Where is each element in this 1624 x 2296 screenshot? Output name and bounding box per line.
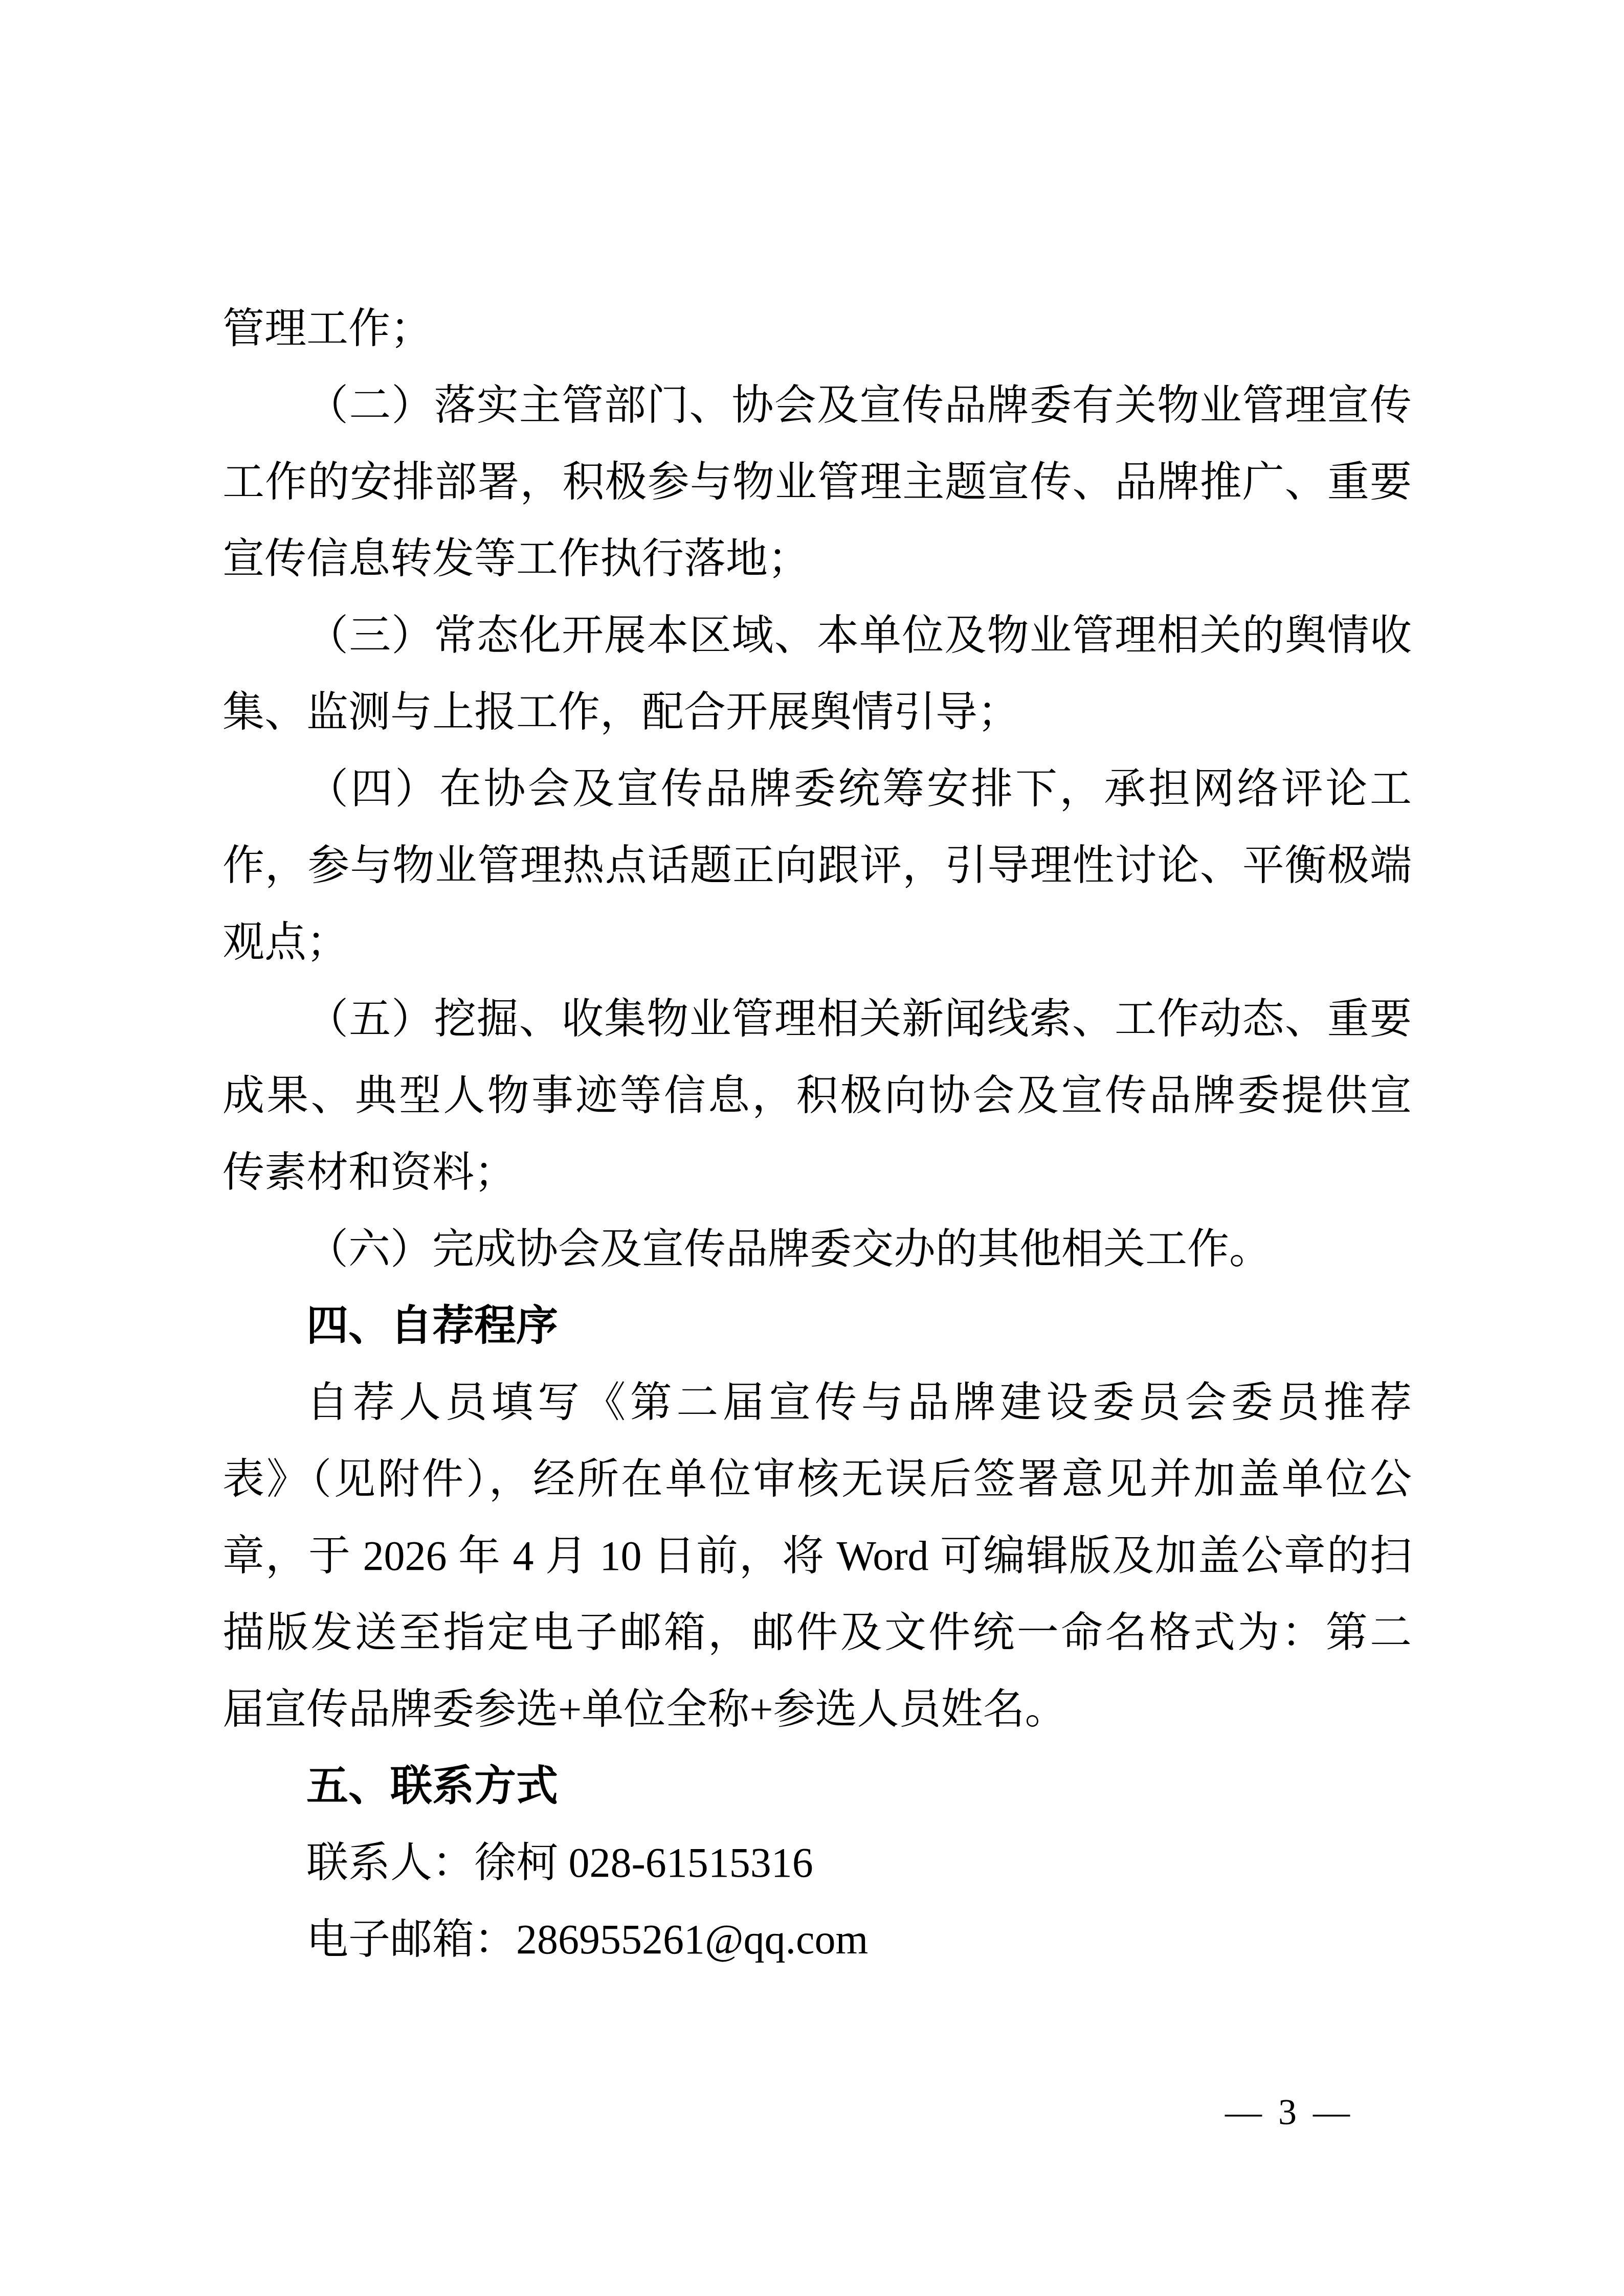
paragraph-item-2: （二）落实主管部门、协会及宣传品牌委有关物业管理宣传 工作的安排部署，积极参与物… xyxy=(223,367,1412,597)
section-heading-4: 四、自荐程序 xyxy=(223,1288,1412,1364)
section-heading: 四、自荐程序 xyxy=(223,1288,1412,1364)
paragraph-line: （六）完成协会及宣传品牌委交办的其他相关工作。 xyxy=(223,1211,1412,1288)
paragraph-line: 宣传信息转发等工作执行落地； xyxy=(223,521,1412,597)
paragraph-line: 自荐人员填写《第二届宣传与品牌建设委员会委员推荐 xyxy=(223,1364,1412,1441)
page-number: — 3 — xyxy=(1225,2090,1350,2133)
paragraph-line: 成果、典型人物事迹等信息，积极向协会及宣传品牌委提供宣 xyxy=(223,1057,1412,1134)
paragraph-line: 描版发送至指定电子邮箱，邮件及文件统一命名格式为：第二 xyxy=(223,1594,1412,1671)
paragraph-line: 作，参与物业管理热点话题正向跟评，引导理性讨论、平衡极端 xyxy=(223,827,1412,904)
paragraph-item-4: （四）在协会及宣传品牌委统筹安排下，承担网络评论工 作，参与物业管理热点话题正向… xyxy=(223,751,1412,981)
paragraph-contact: 联系人：徐柯 028-61515316 电子邮箱：286955261@qq.co… xyxy=(223,1825,1412,1978)
paragraph-line: 管理工作； xyxy=(223,290,1412,367)
paragraph-line: 观点； xyxy=(223,904,1412,981)
document-page: 管理工作； （二）落实主管部门、协会及宣传品牌委有关物业管理宣传 工作的安排部署… xyxy=(0,0,1624,2296)
paragraph-line: （四）在协会及宣传品牌委统筹安排下，承担网络评论工 xyxy=(223,751,1412,827)
paragraph-line: 章，于 2026 年 4 月 10 日前，将 Word 可编辑版及加盖公章的扫 xyxy=(223,1518,1412,1594)
paragraph-continuation: 管理工作； xyxy=(223,290,1412,367)
paragraph-item-6: （六）完成协会及宣传品牌委交办的其他相关工作。 xyxy=(223,1211,1412,1288)
contact-person-line: 联系人：徐柯 028-61515316 xyxy=(223,1825,1412,1901)
section-heading-5: 五、联系方式 xyxy=(223,1748,1412,1825)
paragraph-line: 工作的安排部署，积极参与物业管理主题宣传、品牌推广、重要 xyxy=(223,444,1412,521)
paragraph-line: 集、监测与上报工作，配合开展舆情引导； xyxy=(223,674,1412,751)
paragraph-line: （二）落实主管部门、协会及宣传品牌委有关物业管理宣传 xyxy=(223,367,1412,444)
paragraph-section-4-body: 自荐人员填写《第二届宣传与品牌建设委员会委员推荐 表》（见附件），经所在单位审核… xyxy=(223,1364,1412,1748)
paragraph-item-5: （五）挖掘、收集物业管理相关新闻线索、工作动态、重要 成果、典型人物事迹等信息，… xyxy=(223,981,1412,1211)
paragraph-line: 表》（见附件），经所在单位审核无误后签署意见并加盖单位公 xyxy=(223,1441,1412,1518)
contact-email-line: 电子邮箱：286955261@qq.com xyxy=(223,1901,1412,1978)
paragraph-line: （五）挖掘、收集物业管理相关新闻线索、工作动态、重要 xyxy=(223,981,1412,1057)
paragraph-line: 届宣传品牌委参选+单位全称+参选人员姓名。 xyxy=(223,1671,1412,1748)
paragraph-line: （三）常态化开展本区域、本单位及物业管理相关的舆情收 xyxy=(223,597,1412,674)
section-heading: 五、联系方式 xyxy=(223,1748,1412,1825)
paragraph-item-3: （三）常态化开展本区域、本单位及物业管理相关的舆情收 集、监测与上报工作，配合开… xyxy=(223,597,1412,751)
document-body: 管理工作； （二）落实主管部门、协会及宣传品牌委有关物业管理宣传 工作的安排部署… xyxy=(223,290,1412,1978)
paragraph-line: 传素材和资料； xyxy=(223,1134,1412,1211)
